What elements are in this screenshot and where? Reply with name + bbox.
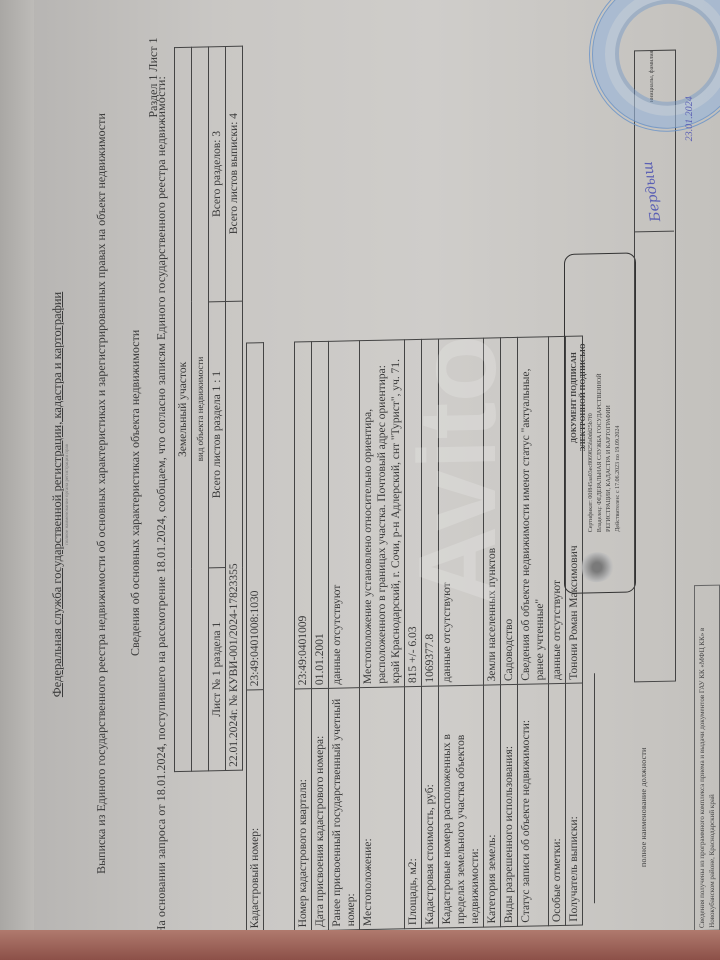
row-label: Местоположение: (360, 687, 405, 930)
signature-owner-2: РЕГИСТРАЦИИ, КАДАСТРА И КАРТОГРАФИИ (605, 262, 614, 532)
cadastral-number: 23:49:0401008:1030 (247, 343, 264, 690)
row-label: Получатель выписки: (566, 683, 583, 925)
signature-certificate: Сертификат: 00f845aa03ec8069825fa0dd25b7… (587, 262, 596, 532)
signature-owner: Владелец: ФЕДЕРАЛЬНАЯ СЛУЖБА ГОСУДАРСТВЕ… (596, 262, 605, 532)
header-table: Земельный участок вид объекта недвижимос… (174, 46, 243, 772)
row-value: 23:49:0401009 (295, 342, 312, 689)
position-label: полное наименование должности (639, 702, 648, 912)
page-edge-left (0, 0, 34, 960)
signature-validity: Действителен: с 17.06.2023 по 19.09.2024 (614, 262, 623, 532)
row-label: Площадь, м2: (405, 686, 422, 928)
avito-watermark: Avito (394, 334, 521, 608)
mfc-stamp (589, 0, 720, 133)
row-label: Статус записи об объекте недвижимости: (518, 684, 549, 927)
doc-number: 22.01.2024г. № КУВИ-001/2024-17823355 (226, 301, 243, 771)
egrn-extract-page: Федеральная служба государственной регис… (34, 0, 720, 945)
coat-of-arms-icon (579, 552, 615, 583)
row-label: Виды разрешенного использования: (501, 684, 518, 926)
mfc-note: Сведения получены из программного компле… (694, 585, 720, 932)
cadastral-number-label: Кадастровый номер: (247, 690, 264, 932)
row-label: Кадастровая стоимость, руб: (422, 686, 439, 928)
object-type-caption: вид объекта недвижимости (192, 47, 209, 771)
agency-name: Федеральная служба государственной регис… (50, 44, 65, 944)
row-value: 01.01.2001 (312, 341, 329, 688)
table-row: Дата присвоения кадастрового номера:01.0… (312, 341, 329, 930)
row-label: Дата присвоения кадастрового номера: (312, 688, 329, 930)
position-row (634, 50, 676, 683)
row-label: Номер кадастрового квартала: (295, 689, 312, 931)
row-value: данные отсутствуют (549, 336, 566, 683)
cadastral-number-table: Кадастровый номер: 23:49:0401008:1030 (246, 342, 264, 932)
table-row: Особые отметки:данные отсутствуют (549, 336, 566, 925)
row-label: Кадастровые номера расположенных в преде… (439, 685, 484, 928)
document-title: Выписка из Единого государственного реес… (94, 43, 109, 943)
row-value: Сведения об объекте недвижимости имеют с… (518, 337, 549, 685)
electronic-signature-box: ДОКУМЕНТ ПОДПИСАН ЭЛЕКТРОННОЙ ПОДПИСЬЮ С… (564, 252, 636, 594)
table-row: Номер кадастрового квартала:23:49:040100… (295, 342, 312, 931)
document-subtitle: Сведения об основных характеристиках объ… (128, 43, 143, 943)
table-row: Ранее присвоенный государственный учетны… (329, 341, 360, 931)
row-label: Категория земель: (484, 685, 501, 927)
agency-caption: полное наименование органа регистрации п… (65, 44, 70, 944)
table-surface (0, 930, 720, 960)
sections-total: Всего разделов: 3 (209, 46, 226, 301)
divider (594, 673, 595, 903)
table-row: Статус записи об объекте недвижимости:Св… (518, 337, 549, 927)
signature-title: ДОКУМЕНТ ПОДПИСАН (569, 263, 578, 533)
row-label: Особые отметки: (549, 683, 566, 925)
signature-title-2: ЭЛЕКТРОННОЙ ПОДПИСЬЮ (578, 262, 587, 532)
sheet-label: Лист № 1 раздела 1 (209, 568, 226, 771)
row-label: Ранее присвоенный государственный учетны… (329, 688, 360, 931)
sheets-total: Всего листов выписки: 4 (226, 46, 243, 301)
handwritten-date: 23.01.2024 (684, 96, 695, 141)
sheets-section: Всего листов раздела 1 : 1 (209, 301, 226, 568)
request-text: На основании запроса от 18.01.2024, пост… (154, 54, 169, 934)
object-type: Земельный участок (175, 47, 192, 771)
row-value: данные отсутствуют (329, 341, 360, 689)
